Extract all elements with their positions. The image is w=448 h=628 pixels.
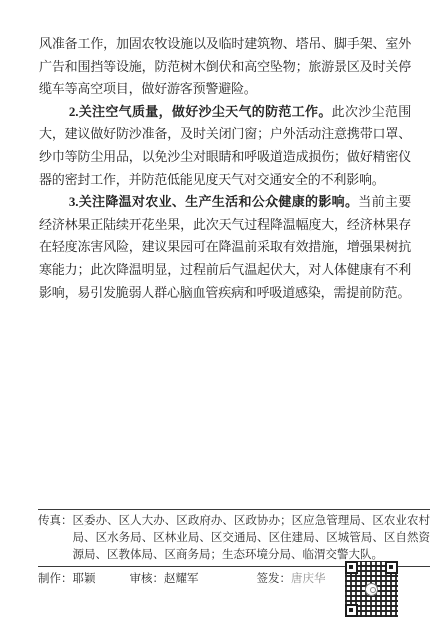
document-page: 风准备工作，加固农牧设施以及临时建筑物、塔吊、脚手架、室外广告和围挡等设施，防范… [0,0,448,628]
paragraph-heading: 2.关注空气质量，做好沙尘天气的防范工作。 [69,104,332,119]
issuer-name: 唐庆华 [291,571,326,588]
issuer-label: 签发： [257,571,292,588]
paragraph-heading: 3.关注降温对农业、生产生活和公众健康的影响。 [69,194,358,209]
maker-name: 耶颖 [73,571,96,588]
credit-reviewer: 审核： 赵耀军 [130,571,199,588]
document-body: 风准备工作，加固农牧设施以及临时建筑物、塔吊、脚手架、室外广告和围挡等设施，防范… [39,33,411,304]
paragraph-text: 当前主要经济林果正陆续开花坐果，此次天气过程降温幅度大，经济林果存在轻度冻害风险… [39,194,411,299]
credit-maker: 制作： 耶颖 [38,571,96,588]
paragraph-text: 风准备工作，加固农牧设施以及临时建筑物、塔吊、脚手架、室外广告和围挡等设施，防范… [39,36,411,96]
paragraph-3: 3.关注降温对农业、生产生活和公众健康的影响。当前主要经济林果正陆续开花坐果，此… [39,191,411,304]
paragraph-continued: 风准备工作，加固农牧设施以及临时建筑物、塔吊、脚手架、室外广告和围挡等设施，防范… [39,33,411,101]
qr-finder-bottom-left [345,604,358,617]
fax-recipients: 区委办、区人大办、区政府办、区政协办；区应急管理局、区农业农村局、区水务局、区林… [73,513,431,564]
qr-finder-top-right [385,561,398,574]
paragraph-2: 2.关注空气质量，做好沙尘天气的防范工作。此次沙尘范围大，建议做好防沙准备，及时… [39,101,411,191]
qr-finder-top-left [345,561,358,574]
qr-code-icon [345,561,398,617]
reviewer-name: 赵耀军 [164,571,199,588]
maker-label: 制作： [38,571,73,588]
credit-issuer: 签发： 唐庆华 [257,571,326,588]
fax-label: 传真： [38,513,73,564]
reviewer-label: 审核： [130,571,165,588]
qr-center-logo [365,583,378,596]
fax-distribution: 传真： 区委办、区人大办、区政府办、区政协办；区应急管理局、区农业农村局、区水务… [38,510,430,566]
